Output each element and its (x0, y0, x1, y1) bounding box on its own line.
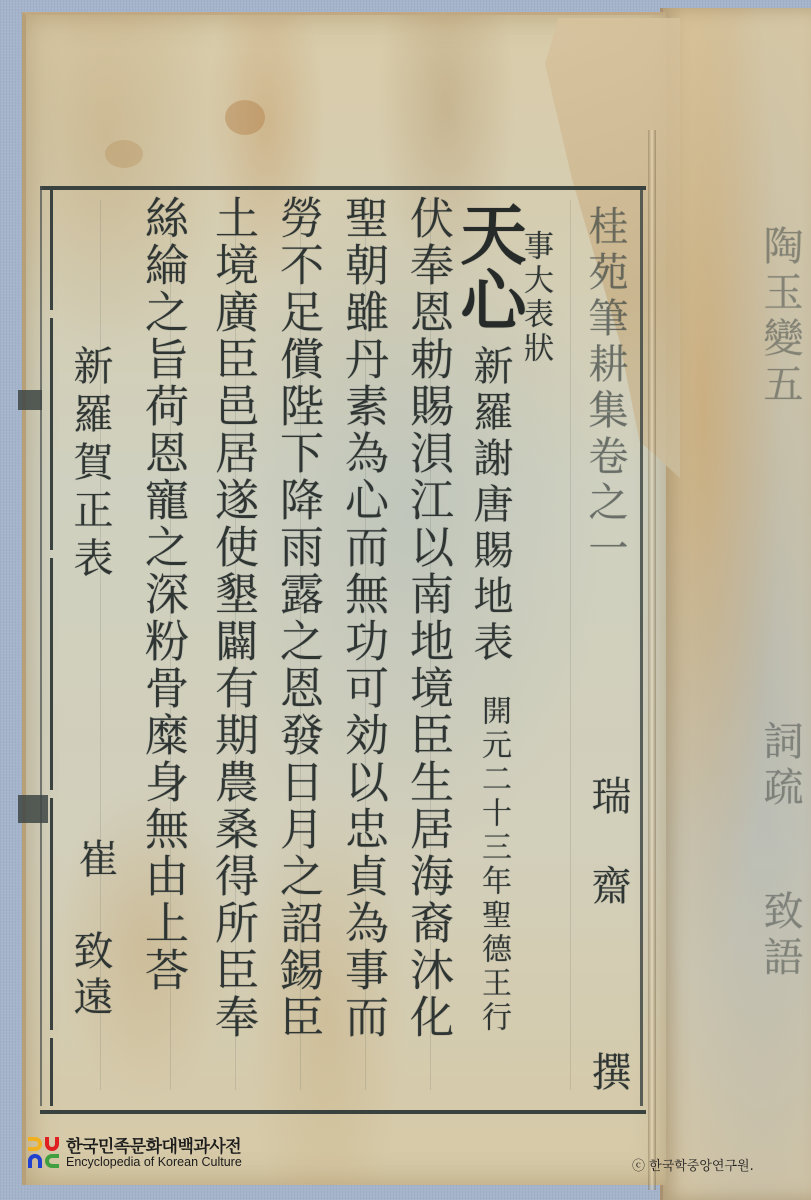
author-given-name: 致遠 (70, 930, 110, 1022)
facing-page-fragment: 詞疏 (760, 720, 800, 812)
watermark-title-english: Encyclopedia of Korean Culture (66, 1156, 242, 1169)
stain (105, 140, 143, 168)
fish-tail-mark (18, 390, 42, 410)
memorial-title: 新羅謝唐賜地表 (470, 345, 510, 667)
facing-page-fragment: 陶玉變五 (760, 225, 800, 409)
encyclopedia-watermark: 한국민족문화대백과사전 Encyclopedia of Korean Cultu… (28, 1137, 242, 1171)
text-line-2: 聖朝雖丹素為心而無功可効以忠貞為事而 (340, 195, 384, 1041)
stain (225, 100, 265, 135)
text-line-1: 伏奉恩勅賜浿江以南地境臣生居海裔沐化 (405, 195, 449, 1041)
author-surname: 崔 (75, 838, 115, 884)
printed-border-left-outer (40, 186, 42, 1106)
next-memorial-title: 新羅賀正表 (70, 345, 110, 585)
text-line-4: 土境廣臣邑居遂使墾闢有期農桑得所臣奉 (210, 195, 254, 1041)
printed-border-right (640, 190, 643, 1106)
printed-border-left-inner (50, 190, 53, 1106)
fish-tail-mark (18, 795, 48, 823)
compiler-credit: 瑞齋 撰 (588, 775, 628, 1141)
encyclopedia-logo-icon (28, 1137, 62, 1171)
facing-page-fragment: 致語 (760, 890, 800, 982)
copyright-notice: ⓒ 한국학중앙연구원. (632, 1155, 754, 1174)
section-heading-large: 天心 (455, 200, 521, 332)
volume-title: 桂苑筆耕集卷之一 (585, 205, 625, 573)
facing-page (660, 8, 811, 1200)
memorial-annotation: 開元二十三年聖德王行 (478, 695, 508, 1035)
text-line-5: 絲綸之旨荷恩寵之深粉骨糜身無由上荅 (140, 195, 184, 994)
text-line-3: 勞不足償陛下降雨露之恩發日月之詔錫臣 (275, 195, 319, 1041)
watermark-title-korean: 한국민족문화대백과사전 (66, 1139, 242, 1157)
column-rule (570, 200, 571, 1090)
page-fold (648, 130, 656, 1190)
